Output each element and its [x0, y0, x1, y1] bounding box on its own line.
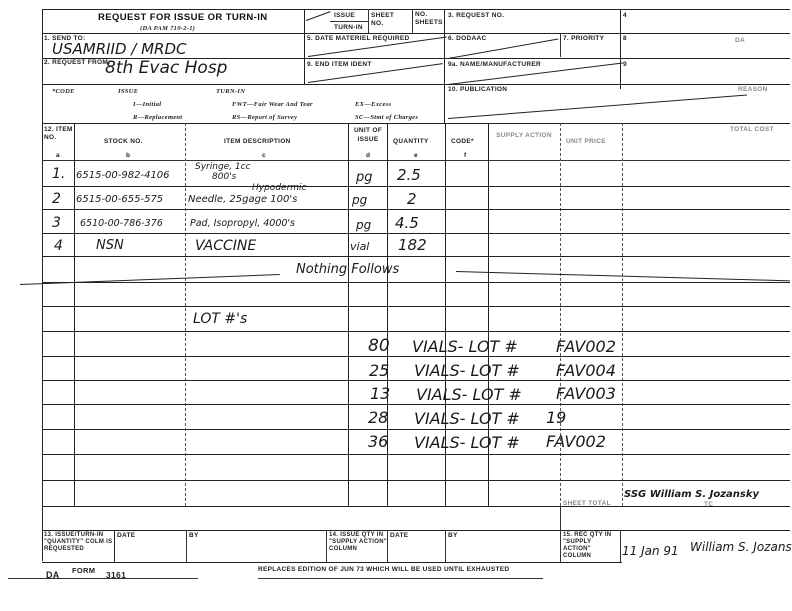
request-from-label: 2. REQUEST FROM:	[44, 59, 111, 66]
code-ex: EX—Excess	[355, 101, 391, 108]
code-replacement: R—Replacement	[133, 114, 182, 121]
lot-text: VIALS- LOT #	[414, 361, 520, 380]
footer-date2-label: DATE	[390, 532, 408, 539]
send-to-value[interactable]: USAMRIID / MRDC	[52, 40, 187, 58]
footer-date-label: DATE	[117, 532, 135, 539]
signature-block: SSG William S. Jozansky	[624, 489, 759, 500]
row-stock-no: 6515-00-655-575	[76, 194, 163, 205]
row-item-no: 1.	[52, 166, 65, 182]
lot-header: LOT #'s	[193, 311, 247, 327]
received-date[interactable]: 11 Jan 91	[622, 544, 679, 558]
lot-count: 36	[368, 432, 388, 451]
row-description-line1: Syringe, 1cc	[195, 162, 251, 172]
row-unit: pg	[356, 218, 371, 232]
row-item-no: 3	[52, 215, 61, 231]
row-description-line2: Needle, 25gage 100's	[188, 194, 297, 205]
row-item-no: 4	[54, 238, 63, 254]
row-unit: pg	[352, 193, 367, 207]
lot-number: FAV002	[556, 337, 616, 356]
nothing-follows-text: Nothing Follows	[296, 262, 399, 277]
row-stock-no: 6510-00-786-376	[80, 218, 163, 229]
row-quantity: 2	[407, 190, 417, 208]
publication-label: 10. PUBLICATION	[448, 86, 507, 93]
request-from-value[interactable]: 8th Evac Hosp	[105, 58, 227, 78]
field-11-right: REASON	[738, 86, 768, 93]
lot-count: 25	[369, 361, 389, 380]
row-description-line1: VACCINE	[195, 238, 256, 254]
form-da-label: DA	[46, 570, 60, 580]
box-14-label: 14. ISSUE QTY IN "SUPPLY ACTION" COLUMN	[329, 532, 387, 553]
col-unit-letter: d	[366, 152, 370, 159]
lot-count: 28	[368, 408, 388, 427]
name-manufacturer-label: 9a. NAME/MANUFACTURER	[448, 61, 541, 68]
row-description-line2: 800's	[212, 172, 236, 182]
col-code: CODE*	[451, 138, 474, 145]
code-rs: RS—Report of Survey	[232, 114, 297, 121]
col-unit-price: UNIT PRICE	[566, 138, 606, 145]
col-quantity: QUANTITY	[393, 138, 429, 145]
code-turnin-label: TURN-IN	[216, 88, 245, 95]
box-15-label: 15. REC QTY IN "SUPPLY ACTION" COLUMN	[563, 532, 619, 560]
row-stock-no: NSN	[96, 238, 124, 253]
col-unit-of-issue: UNIT OF ISSUE	[352, 126, 384, 144]
request-no-label: 3. REQUEST NO.	[448, 12, 504, 19]
form-subtitle: (DA PAM 710-2-1)	[140, 25, 195, 32]
footer-by-label: BY	[189, 532, 199, 539]
col-supply-action: SUPPLY ACTION	[494, 132, 554, 140]
field-8-label: 8	[623, 35, 627, 42]
issue-checkbox-label[interactable]: ISSUE	[334, 12, 355, 19]
lot-text: VIALS- LOT #	[416, 385, 522, 404]
row-description-line1: Hypodermic	[252, 183, 306, 193]
row-item-no: 2	[52, 191, 61, 207]
form-word: FORM	[72, 566, 95, 575]
received-signature[interactable]: William S. Jozansky	[690, 540, 792, 554]
form-title: REQUEST FOR ISSUE OR TURN-IN	[98, 12, 268, 23]
signature-sub: TC	[704, 501, 713, 508]
col-quantity-letter: e	[414, 152, 418, 159]
col-code-letter: f	[464, 152, 466, 159]
col-item-no-letter: a	[56, 152, 60, 159]
replaces-edition-text: REPLACES EDITION OF JUN 73 WHICH WILL BE…	[258, 566, 509, 573]
code-sc: SC—Stmt of Charges	[355, 114, 418, 121]
priority-label: 7. PRIORITY	[563, 35, 604, 42]
col-stock-no-letter: b	[126, 152, 130, 159]
turnin-checkbox-label[interactable]: TURN-IN	[334, 24, 363, 31]
lot-number: FAV003	[556, 384, 616, 403]
lot-count: 13	[370, 384, 390, 403]
row-unit: vial	[350, 240, 369, 253]
row-quantity: 182	[398, 236, 427, 254]
row-unit: pg	[356, 170, 373, 185]
no-sheets-label: NO. SHEETS	[415, 11, 445, 27]
lot-text: VIALS- LOT #	[414, 409, 520, 428]
code-label: *CODE	[52, 88, 75, 95]
field-9b-label: 9	[623, 61, 627, 68]
lot-text: VIALS- LOT #	[412, 337, 518, 356]
col-total-cost: TOTAL COST	[730, 126, 774, 133]
box-13-label: 13. ISSUE/TURN-IN "QUANTITY" COLM IS REQ…	[44, 532, 114, 553]
col-description: ITEM DESCRIPTION	[224, 138, 291, 145]
col-description-letter: c	[262, 152, 266, 159]
lot-number: 19	[546, 408, 566, 427]
row-description-line1: Pad, Isopropyl, 4000's	[190, 218, 295, 229]
col-stock-no: STOCK NO.	[104, 138, 143, 145]
dodaac-label: 6. DODAAC	[448, 35, 486, 42]
col-item-no: 12. ITEM NO.	[44, 126, 74, 142]
end-item-label: 9. END ITEM IDENT	[307, 61, 372, 68]
footer-by2-label: BY	[448, 532, 458, 539]
lot-count: 80	[368, 336, 390, 356]
code-fwt: FWT—Fair Wear And Tear	[232, 101, 313, 108]
sheet-total-label: SHEET TOTAL	[563, 500, 611, 507]
date-required-label: 5. DATE MATERIEL REQUIRED	[307, 35, 409, 42]
form-number: 3161	[106, 570, 126, 580]
sheet-no-label: SHEET NO.	[371, 12, 393, 28]
row-quantity: 2.5	[397, 166, 421, 184]
row-stock-no: 6515-00-982-4106	[76, 170, 170, 181]
lot-number: FAV004	[556, 361, 616, 380]
lot-text: VIALS- LOT #	[414, 433, 520, 452]
row-quantity: 4.5	[395, 214, 419, 232]
field-8-right: DA	[735, 37, 745, 44]
lot-number: FAV002	[546, 432, 606, 451]
code-initial: I—Initial	[133, 101, 161, 108]
field-4-label: 4	[623, 12, 627, 19]
code-issue-label: ISSUE	[118, 88, 138, 95]
